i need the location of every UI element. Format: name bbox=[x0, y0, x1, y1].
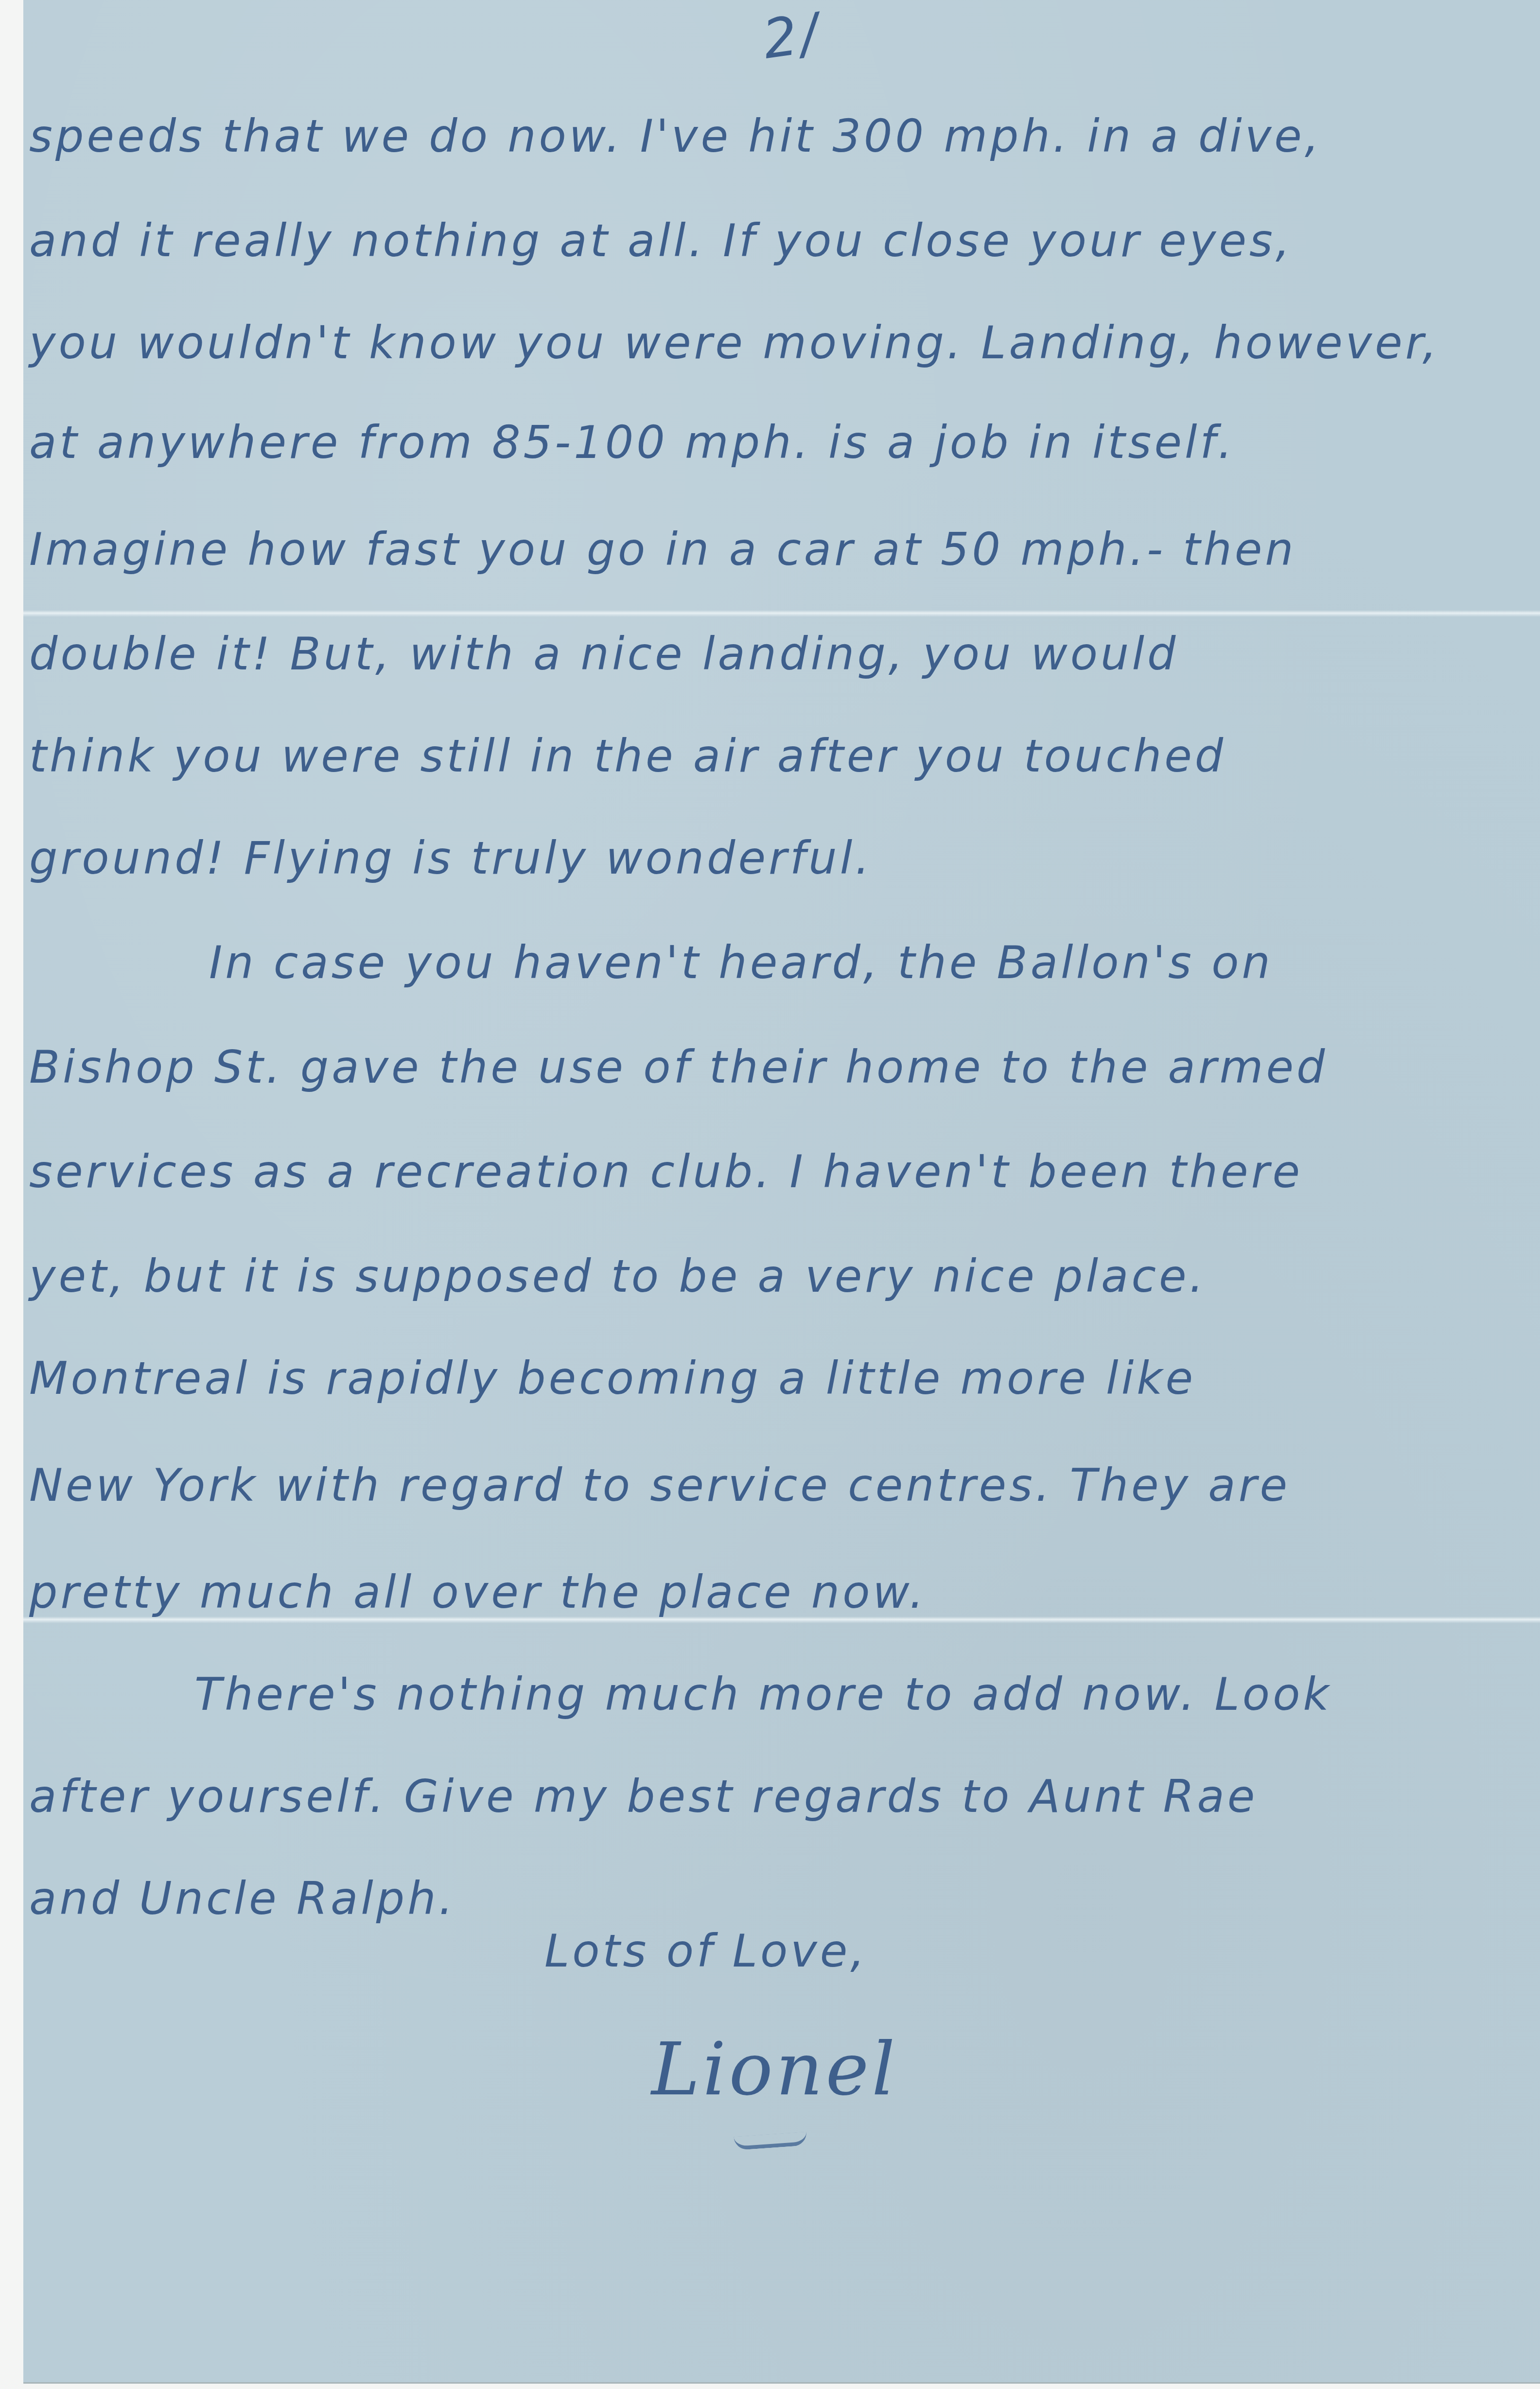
letter-line: ground! Flying is truly wonderful. bbox=[29, 836, 872, 881]
letter-line: Imagine how fast you go in a car at 50 m… bbox=[29, 527, 1296, 572]
letter-line: speeds that we do now. I've hit 300 mph.… bbox=[29, 114, 1322, 159]
letter-line: New York with regard to service centres.… bbox=[29, 1463, 1290, 1508]
valediction: Lots of Love, bbox=[544, 1925, 868, 1977]
letter-line: you wouldn't know you were moving. Landi… bbox=[29, 321, 1439, 366]
letter-line: after yourself. Give my best regards to … bbox=[29, 1774, 1258, 1819]
letter-line: and it really nothing at all. If you clo… bbox=[29, 219, 1293, 263]
letter-line: at anywhere from 85-100 mph. is a job in… bbox=[29, 421, 1235, 465]
letter-line: think you were still in the air after yo… bbox=[29, 734, 1226, 779]
letter-line: and Uncle Ralph. bbox=[29, 1877, 456, 1921]
letter-line: yet, but it is supposed to be a very nic… bbox=[29, 1254, 1207, 1299]
signature: Lionel bbox=[651, 2027, 898, 2112]
paper-fold-crease bbox=[23, 610, 1540, 617]
page-number: 2/ bbox=[759, 1, 825, 70]
letter-line: Bishop St. gave the use of their home to… bbox=[29, 1045, 1328, 1090]
letter-line: services as a recreation club. I haven't… bbox=[29, 1150, 1303, 1194]
letter-line: double it! But, with a nice landing, you… bbox=[29, 632, 1178, 677]
letter-line: pretty much all over the place now. bbox=[29, 1570, 927, 1615]
paragraph-start-line: There's nothing much more to add now. Lo… bbox=[194, 1672, 1332, 1717]
paragraph-start-line: In case you haven't heard, the Ballon's … bbox=[209, 941, 1273, 985]
letter-line: Montreal is rapidly becoming a little mo… bbox=[29, 1356, 1196, 1401]
